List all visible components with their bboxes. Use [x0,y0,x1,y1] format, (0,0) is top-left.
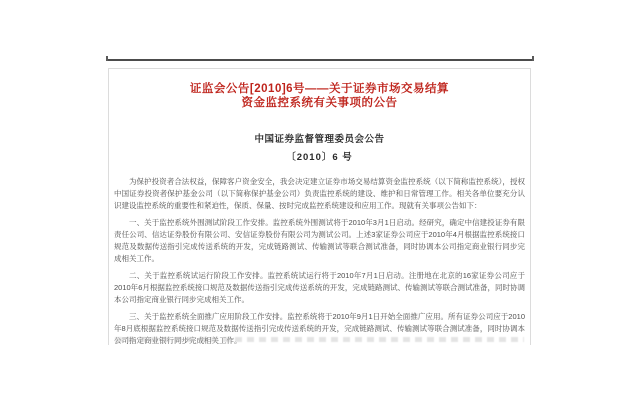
announcement-body: 为保护投资者合法权益，保障客户资金安全，我会决定建立证券市场交易结算资金监控系统… [109,176,530,345]
paragraph-item-1: 一、关于监控系统外围测试阶段工作安排。监控系统外围测试将于2010年3月1日启动… [114,217,525,265]
document-number: 〔2010〕6 号 [109,152,530,163]
rule-left-tick [106,56,108,61]
document-page: 证监会公告[2010]6号——关于证券市场交易结算 资金监控系统有关事项的公告 … [108,68,531,345]
announcement-title: 证监会公告[2010]6号——关于证券市场交易结算 资金监控系统有关事项的公告 [109,82,530,110]
rule-right-tick [532,56,534,61]
paragraph-preamble: 为保护投资者合法权益，保障客户资金安全，我会决定建立证券市场交易结算资金监控系统… [114,176,525,212]
top-rule [106,59,534,61]
issuer-heading: 中国证券监督管理委员会公告 [109,134,530,145]
page-canvas: { "page": { "background": "#ffffff", "ru… [0,0,640,400]
paragraph-item-2: 二、关于监控系统试运行阶段工作安排。监控系统试运行将于2010年7月1日启动。注… [114,270,525,306]
announcement-title-line-1: 证监会公告[2010]6号——关于证券市场交易结算 [109,82,530,96]
faded-cutoff-text-line [115,337,524,342]
announcement-title-line-2: 资金监控系统有关事项的公告 [109,96,530,110]
